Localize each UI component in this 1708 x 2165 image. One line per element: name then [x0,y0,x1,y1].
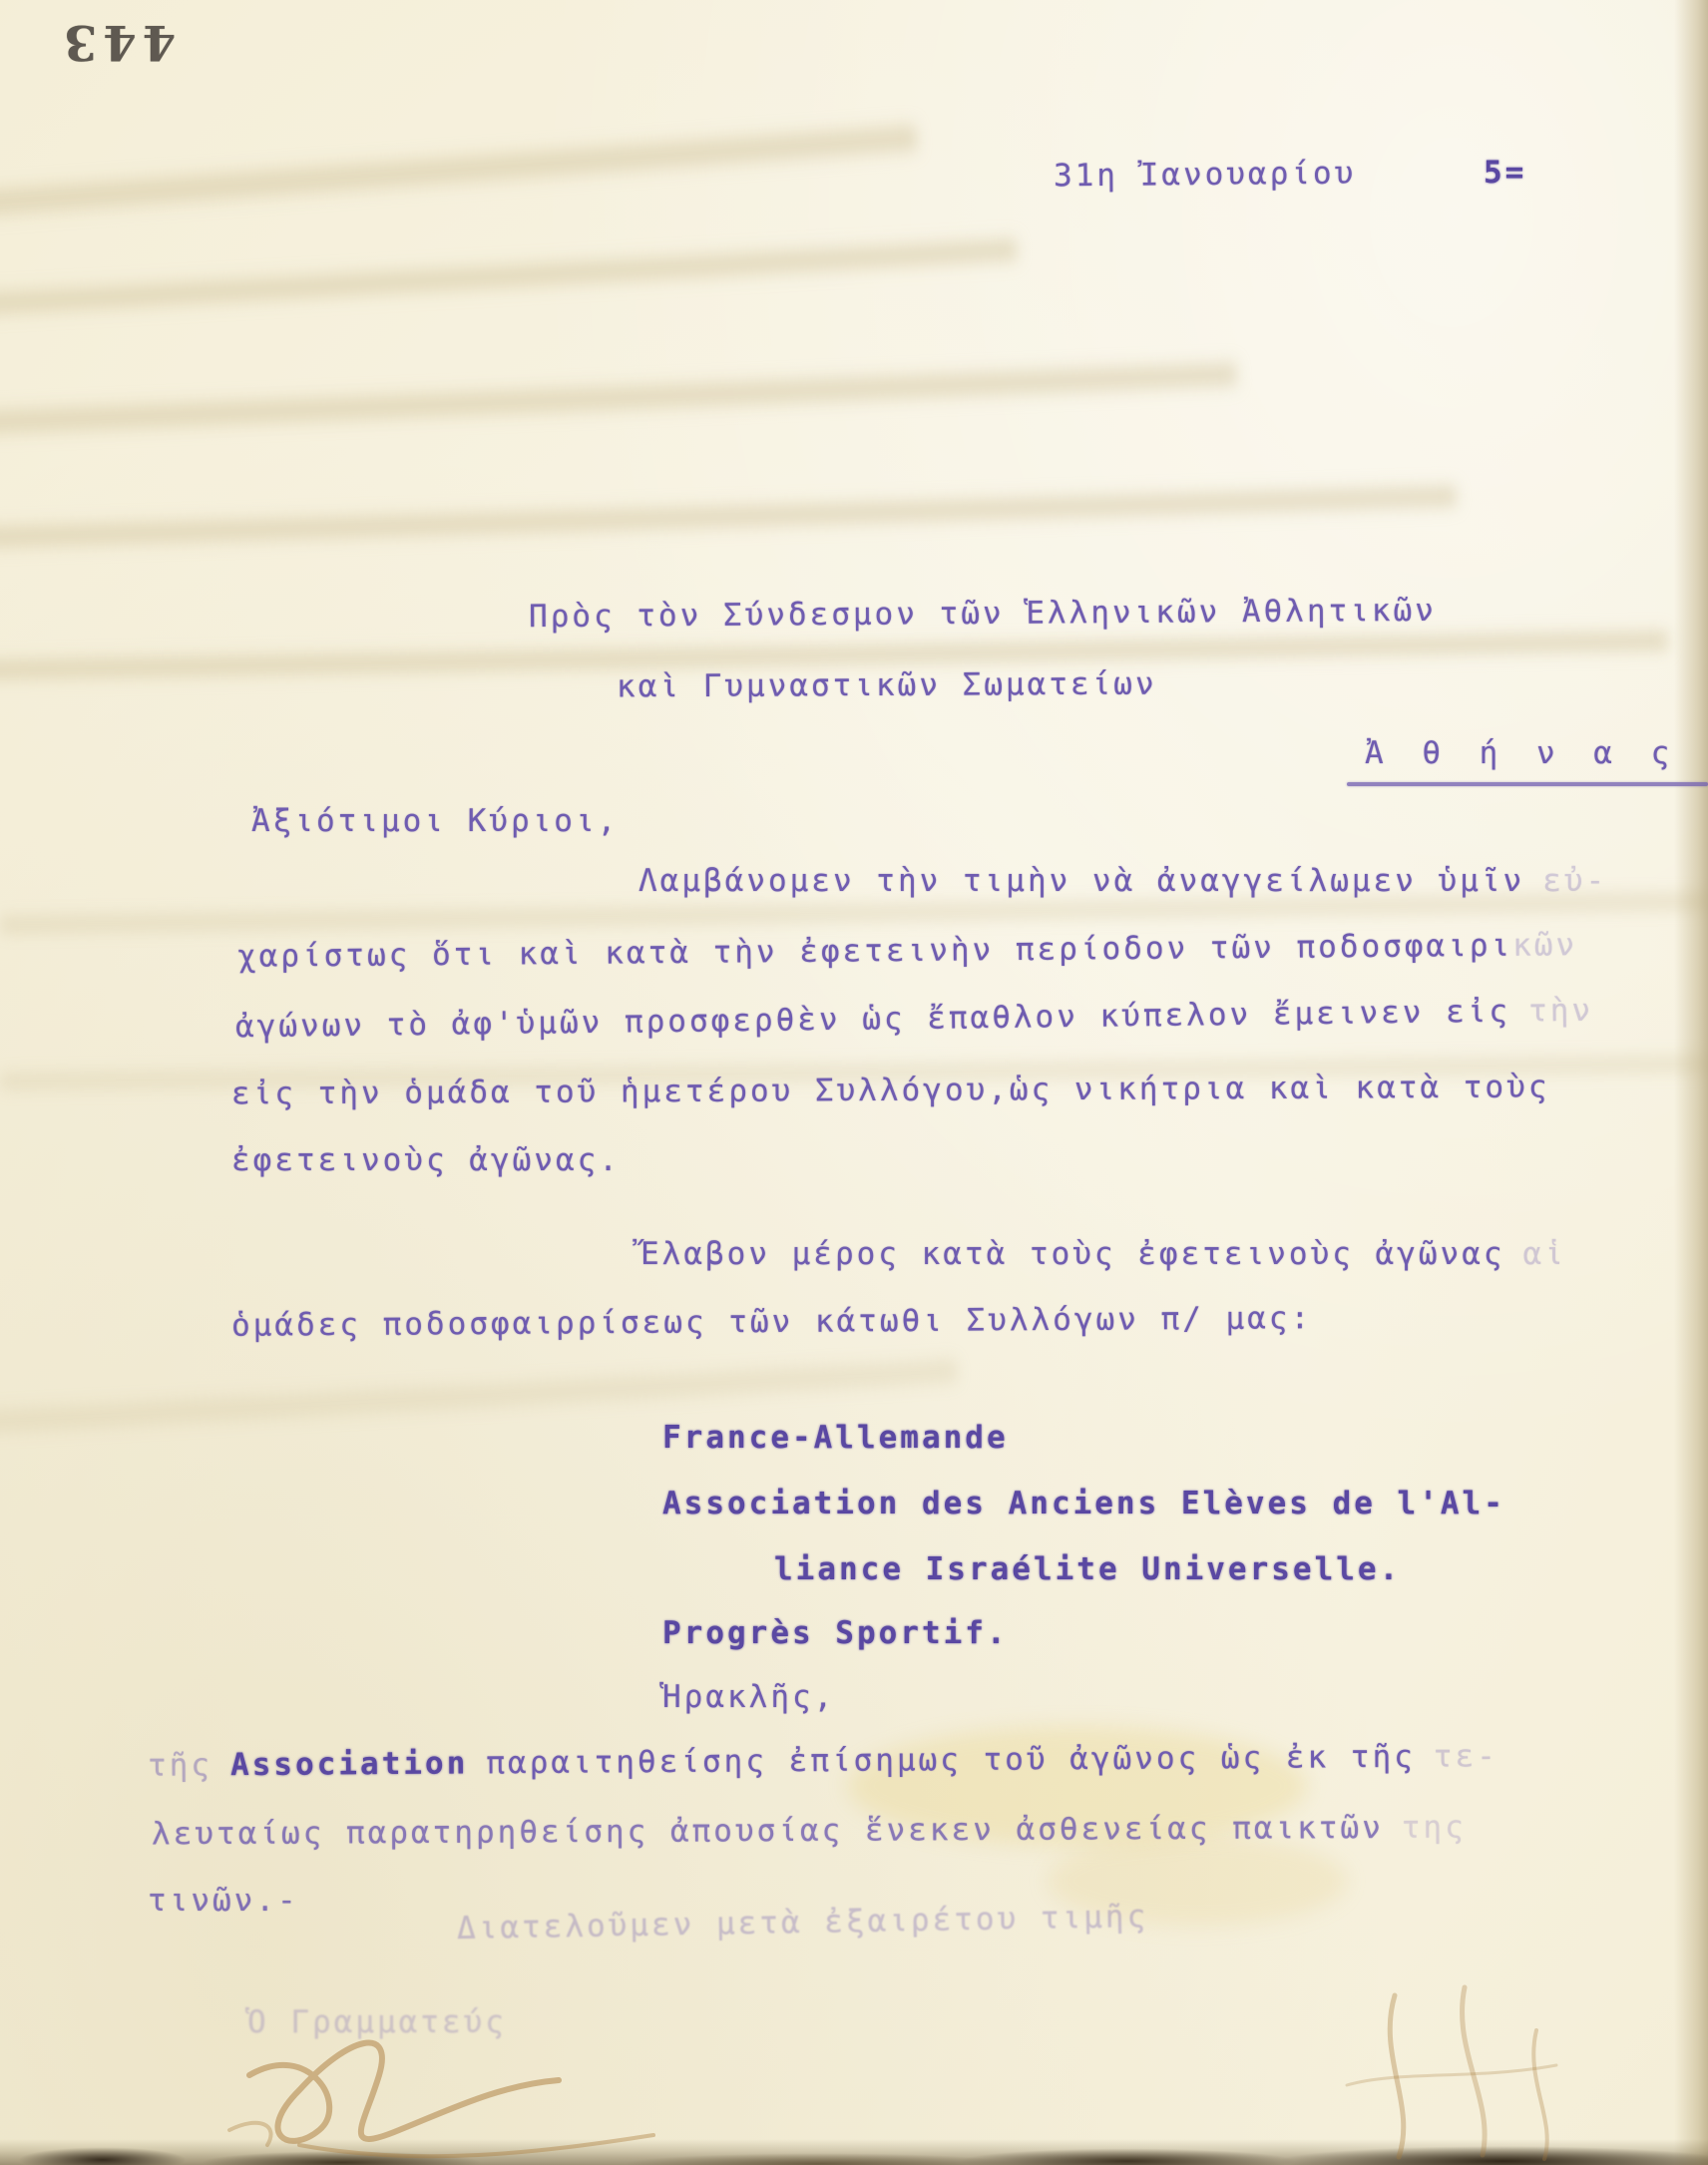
address-line-1: Πρὸς τὸν Σύνδεσμον τῶν Ἑλληνικῶν Ἀθλητικ… [529,596,1437,633]
para1-line3: ἀγώνων τὸ ἀφ'ὑμῶν προσφερθὲν ὡς ἔπαθλον … [235,996,1593,1044]
para3-line2-text: λευταίως παρατηρηθείσης ἀπουσίας ἕνεκεν … [152,1810,1384,1852]
para1-line1: Λαμβάνομεν τὴν τιμὴν νὰ ἀναγγείλωμεν ὑμῖ… [639,866,1607,897]
para1-line2: χαρίστως ὅτι καὶ κατὰ τὴν ἐφετεινὴν περί… [237,930,1577,973]
para3-line1-pre: τῆς [148,1747,213,1783]
club-france-allemande: France-Allemande [662,1423,1009,1454]
para2-line2: ὁμάδες ποδοσφαιρρίσεως τῶν κάτωθι Συλλόγ… [231,1303,1312,1342]
year-text: 5= [1484,158,1526,189]
para3-line3: τινῶν.- [148,1886,299,1917]
place-underline [1347,782,1708,786]
address-line-2: καὶ Γυμναστικῶν Σωματείων [617,669,1157,703]
para1-line3-text: ἀγώνων τὸ ἀφ'ὑμῶν προσφερθὲν ὡς ἔπαθλον … [235,994,1511,1046]
para2-line2-text: ὁμάδες ποδοσφαιρρίσεως τῶν κάτωθι Συλλόγ… [231,1300,1312,1344]
para2-line1-text: Ἔλαβον μέρος κατὰ τοὺς ἐφετεινοὺς ἀγῶνας [640,1236,1505,1272]
para2-line1-faded: αἱ [1523,1236,1566,1272]
paper-crease [0,230,1018,326]
archive-page-number: 443 [58,14,176,70]
para3-line2-faded: της [1402,1810,1467,1846]
para1-line4: εἰς τὴν ὁμάδα τοῦ ἡμετέρου Συλλόγου,ὡς ν… [231,1073,1550,1110]
salutation: Ἀξιότιμοι Κύριοι, [251,806,619,837]
paper-crease [0,116,918,227]
scan-right-edge [1674,0,1708,2165]
paper-crease [0,478,1457,556]
para1-line3-faded: τὴν [1528,993,1593,1030]
club-progres-sportif: Progrès Sportif. [662,1618,1009,1649]
para1-line5: ἐφετεινοὺς ἀγῶνας. [231,1145,621,1176]
signature-role-label: Ὁ Γραμματεύς [247,2007,507,2038]
scan-bottom-edge [0,2139,1708,2165]
signatures-graphic [0,1946,1708,2165]
letter-page: 443 31η Ἰανουαρίου 5= Πρὸς τὸν Σύνδεσμον… [0,0,1708,2165]
para2-line1: Ἔλαβον μέρος κατὰ τοὺς ἐφετεινοὺς ἀγῶνας… [640,1239,1566,1270]
closing-formula: Διατελοῦμεν μετὰ ἐξαιρέτου τιμῆς [457,1902,1149,1945]
para1-line2-text: χαρίστως ὅτι καὶ κατὰ τὴν ἐφετεινὴν περί… [237,928,1512,975]
para3-line1: τῆςAssociationπαραιτηθείσης ἐπίσημως τοῦ… [148,1741,1498,1781]
para3-line1-association: Association [230,1745,469,1783]
date-text: 31η Ἰανουαρίου [1054,159,1357,193]
club-association-line2: liance Israélite Universelle. [774,1554,1401,1585]
para1-line1-faded: εὐ- [1542,863,1607,899]
club-association-line1: Association des Anciens Elèves de l'Al- [662,1489,1505,1519]
para1-line5-text: ἐφετεινοὺς ἀγῶνας. [231,1142,621,1178]
place-name: Ἀ θ ή ν α ς [1365,738,1679,769]
para1-line1-text: Λαμβάνομεν τὴν τιμὴν νὰ ἀναγγείλωμεν ὑμῖ… [639,863,1524,899]
club-iraklis: Ἡρακλῆς, [662,1682,835,1713]
para3-line2: λευταίως παρατηρηθείσης ἀπουσίας ἕνεκεν … [152,1813,1467,1851]
para1-line4-text: εἰς τὴν ὁμάδα τοῦ ἡμετέρου Συλλόγου,ὡς ν… [231,1070,1550,1112]
para3-line1-faded: τε- [1434,1738,1498,1774]
paper-crease [0,354,1237,444]
para1-line2-faded: κῶν [1512,927,1577,964]
left-signature-icon [229,2043,653,2157]
para3-line1-rest: παραιτηθείσης ἐπίσημως τοῦ ἀγῶνος ὡς ἐκ … [486,1739,1416,1782]
right-signature-icon [1347,1987,1556,2159]
